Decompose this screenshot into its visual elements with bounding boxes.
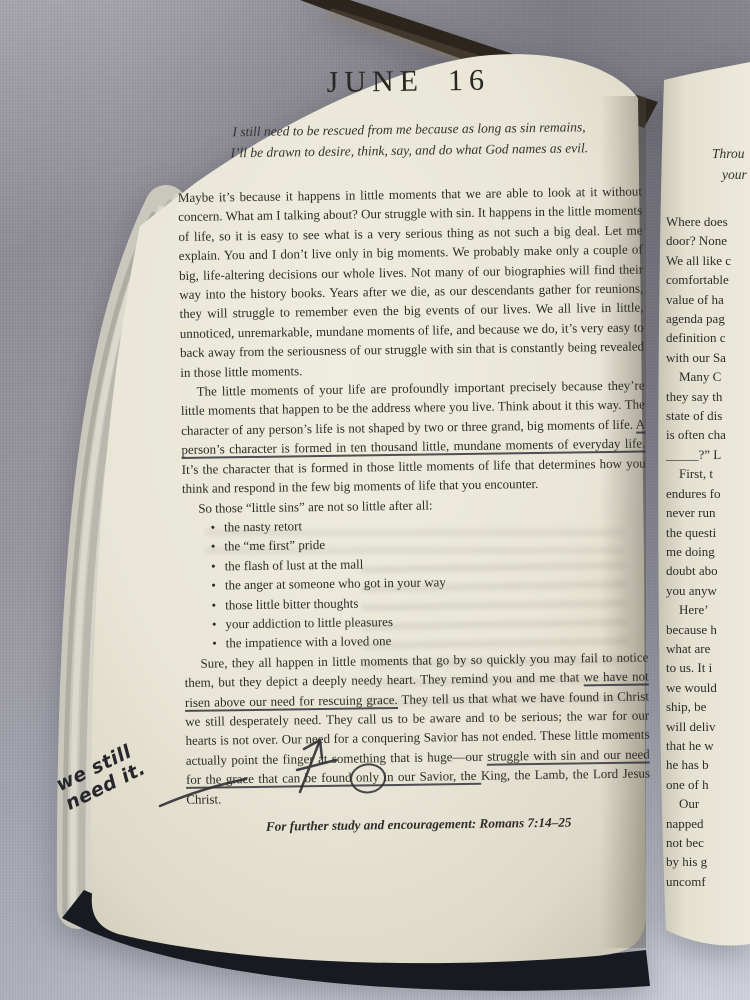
text-fragment-line: he has b (666, 755, 750, 774)
text-fragment-line: value of ha (666, 290, 750, 309)
bullet-list: the nasty retortthe “me first” pridethe … (182, 511, 648, 653)
text-fragment-line: doubt abo (666, 561, 750, 580)
text-fragment-line: napped (666, 814, 750, 833)
text-fragment-line: never run (666, 503, 750, 522)
right-page-text-fragments: Where doesdoor? NoneWe all like ccomfort… (666, 212, 750, 891)
paragraph: Sure, they all happen in little moments … (184, 647, 650, 809)
photo-scene: JUNE 16 I still need to be rescued from … (0, 0, 750, 1000)
left-page: JUNE 16 I still need to be rescued from … (176, 54, 651, 838)
text-fragment-line: definition c (666, 328, 750, 347)
paragraph: Maybe it’s because it happens in little … (178, 182, 645, 383)
text-fragment-line: because h (666, 620, 750, 639)
text-fragment-line: agenda pag (666, 309, 750, 328)
page-title: JUNE 16 (176, 62, 640, 102)
text-fragment-line: Here’ (666, 600, 750, 619)
text-fragment-line: they say th (666, 387, 750, 406)
pen-underlined-text: in our Savior, the (379, 768, 481, 786)
text-fragment-line: with our Sa (666, 348, 750, 367)
text-fragment-line: you anyw (666, 581, 750, 600)
text-fragment-line: First, t (666, 464, 750, 483)
epigraph: I still need to be rescued from me becau… (177, 116, 642, 164)
text-fragment-line: door? None (666, 231, 750, 250)
text-fragment-line: me doing (666, 542, 750, 561)
text-fragment-line: uncomf (666, 872, 750, 891)
text-fragment-line: _____?” L (666, 445, 750, 464)
text-fragment-line: the questi (666, 523, 750, 542)
text-fragment-line: Our (666, 794, 750, 813)
text-fragment-line: Many C (666, 367, 750, 386)
text-fragment-line: to us. It i (666, 658, 750, 677)
epigraph-fragment: your (712, 164, 750, 185)
text-fragment-line: will deliv (666, 717, 750, 736)
body-text-segment: It’s the character that is formed in tho… (182, 455, 646, 496)
body-text-segment: The little moments of your life are prof… (181, 378, 645, 438)
text-fragment-line: that he w (666, 736, 750, 755)
text-fragment-line: Where does (666, 212, 750, 231)
right-page-epigraph: Throu your (712, 143, 750, 185)
text-fragment-line: what are (666, 639, 750, 658)
text-fragment-line: is often cha (666, 425, 750, 444)
body-text: Maybe it’s because it happens in little … (178, 182, 651, 838)
text-fragment-line: not bec (666, 833, 750, 852)
text-fragment-line: ship, be (666, 697, 750, 716)
text-fragment-line: one of h (666, 775, 750, 794)
epigraph-fragment: Throu (712, 143, 750, 164)
paragraph: The little moments of your life are prof… (180, 376, 646, 499)
text-fragment-line: We all like c (666, 251, 750, 270)
text-fragment-line: we would (666, 678, 750, 697)
pen-circled-word: only (356, 769, 379, 786)
text-fragment-line: endures fo (666, 484, 750, 503)
text-fragment-line: by his g (666, 852, 750, 871)
text-fragment-line: comfortable (666, 270, 750, 289)
text-fragment-line: state of dis (666, 406, 750, 425)
body-text-segment: Sure, they all happen in little moments … (185, 649, 649, 690)
